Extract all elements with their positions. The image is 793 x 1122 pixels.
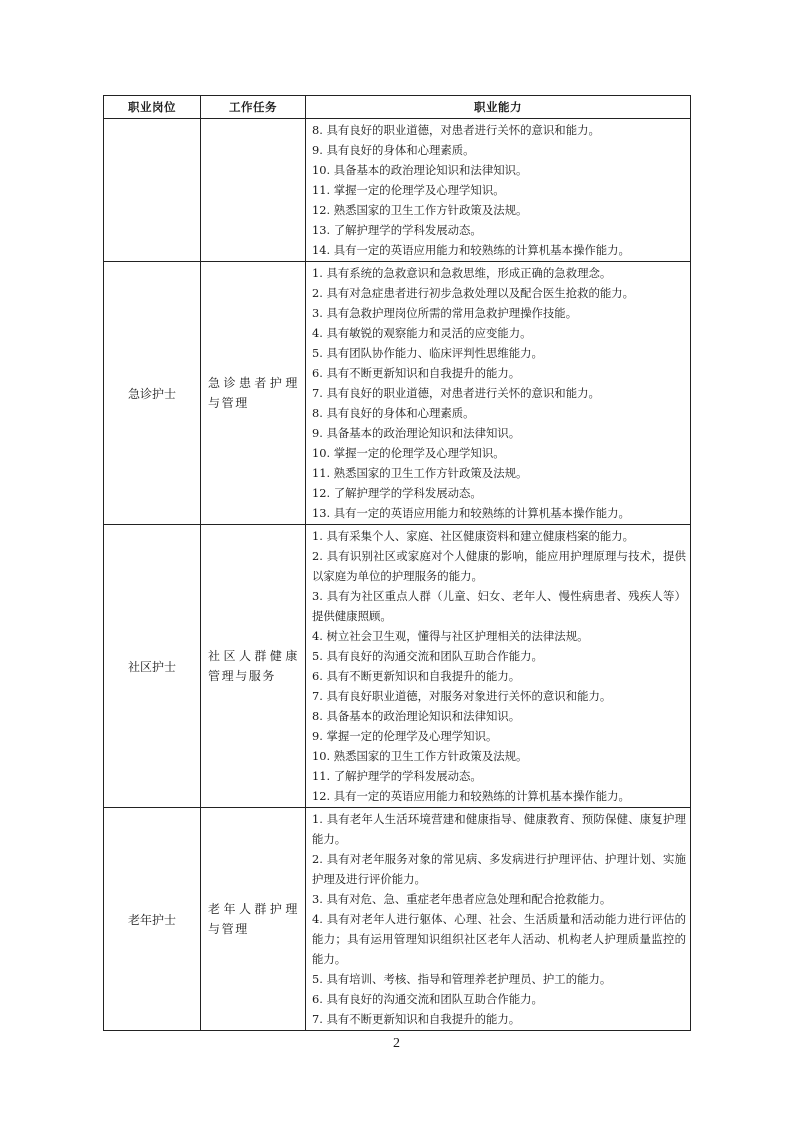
ability-item: 5. 具有团队协作能力、临床评判性思维能力。 [312, 343, 686, 363]
table-row: 老年护士老年人群护理与管理1. 具有老年人生活环境营建和健康指导、健康教育、预防… [104, 808, 691, 1031]
ability-item: 11. 了解护理学的学科发展动态。 [312, 766, 686, 786]
table-row: 8. 具有良好的职业道德，对患者进行关怀的意识和能力。9. 具有良好的身体和心理… [104, 119, 691, 262]
ability-item: 6. 具有良好的沟通交流和团队互助合作能力。 [312, 989, 686, 1009]
ability-item: 7. 具有不断更新知识和自我提升的能力。 [312, 1009, 686, 1029]
ability-item: 3. 具有为社区重点人群（儿童、妇女、老年人、慢性病患者、残疾人等）提供健康照顾… [312, 586, 686, 626]
ability-cell: 1. 具有老年人生活环境营建和健康指导、健康教育、预防保健、康复护理能力。2. … [306, 808, 691, 1031]
ability-item: 12. 了解护理学的学科发展动态。 [312, 483, 686, 503]
ability-item: 12. 熟悉国家的卫生工作方针政策及法规。 [312, 200, 686, 220]
ability-cell: 8. 具有良好的职业道德，对患者进行关怀的意识和能力。9. 具有良好的身体和心理… [306, 119, 691, 262]
ability-item: 13. 具有一定的英语应用能力和较熟练的计算机基本操作能力。 [312, 503, 686, 523]
ability-item: 9. 具有良好的身体和心理素质。 [312, 140, 686, 160]
ability-item: 11. 掌握一定的伦理学及心理学知识。 [312, 180, 686, 200]
ability-item: 6. 具有不断更新知识和自我提升的能力。 [312, 666, 686, 686]
work-task-cell: 社区人群健康管理与服务 [201, 525, 306, 808]
ability-item: 8. 具备基本的政治理论知识和法律知识。 [312, 706, 686, 726]
job-position-cell: 急诊护士 [104, 262, 201, 525]
ability-item: 4. 具有对老年人进行躯体、心理、社会、生活质量和活动能力进行评估的能力；具有运… [312, 909, 686, 969]
ability-item: 8. 具有良好的身体和心理素质。 [312, 403, 686, 423]
ability-item: 5. 具有培训、考核、指导和管理养老护理员、护工的能力。 [312, 969, 686, 989]
job-position-cell: 社区护士 [104, 525, 201, 808]
ability-item: 3. 具有对危、急、重症老年患者应急处理和配合抢救能力。 [312, 889, 686, 909]
ability-item: 11. 熟悉国家的卫生工作方针政策及法规。 [312, 463, 686, 483]
ability-cell: 1. 具有系统的急救意识和急救思维，形成正确的急救理念。2. 具有对急症患者进行… [306, 262, 691, 525]
ability-item: 6. 具有不断更新知识和自我提升的能力。 [312, 363, 686, 383]
header-ability: 职业能力 [306, 96, 691, 119]
job-position-cell: 老年护士 [104, 808, 201, 1031]
ability-item: 7. 具有良好职业道德，对服务对象进行关怀的意识和能力。 [312, 686, 686, 706]
ability-item: 10. 掌握一定的伦理学及心理学知识。 [312, 443, 686, 463]
header-position: 职业岗位 [104, 96, 201, 119]
ability-item: 1. 具有系统的急救意识和急救思维，形成正确的急救理念。 [312, 263, 686, 283]
ability-item: 4. 具有敏锐的观察能力和灵活的应变能力。 [312, 323, 686, 343]
ability-item: 3. 具有急救护理岗位所需的常用急救护理操作技能。 [312, 303, 686, 323]
ability-item: 12. 具有一定的英语应用能力和较熟练的计算机基本操作能力。 [312, 786, 686, 806]
work-task-cell: 老年人群护理与管理 [201, 808, 306, 1031]
ability-item: 9. 具备基本的政治理论知识和法律知识。 [312, 423, 686, 443]
ability-item: 14. 具有一定的英语应用能力和较熟练的计算机基本操作能力。 [312, 240, 686, 260]
ability-item: 2. 具有识别社区或家庭对个人健康的影响，能应用护理原理与技术，提供以家庭为单位… [312, 546, 686, 586]
competency-table: 职业岗位 工作任务 职业能力 8. 具有良好的职业道德，对患者进行关怀的意识和能… [103, 95, 691, 1031]
ability-item: 1. 具有采集个人、家庭、社区健康资料和建立健康档案的能力。 [312, 526, 686, 546]
ability-item: 10. 熟悉国家的卫生工作方针政策及法规。 [312, 746, 686, 766]
ability-item: 9. 掌握一定的伦理学及心理学知识。 [312, 726, 686, 746]
ability-item: 5. 具有良好的沟通交流和团队互助合作能力。 [312, 646, 686, 666]
ability-item: 10. 具备基本的政治理论知识和法律知识。 [312, 160, 686, 180]
table-header-row: 职业岗位 工作任务 职业能力 [104, 96, 691, 119]
ability-cell: 1. 具有采集个人、家庭、社区健康资料和建立健康档案的能力。2. 具有识别社区或… [306, 525, 691, 808]
job-position-cell [104, 119, 201, 262]
work-task-cell [201, 119, 306, 262]
ability-item: 8. 具有良好的职业道德，对患者进行关怀的意识和能力。 [312, 120, 686, 140]
table-row: 急诊护士急诊患者护理与管理1. 具有系统的急救意识和急救思维，形成正确的急救理念… [104, 262, 691, 525]
page-number: 2 [0, 1036, 793, 1052]
work-task-cell: 急诊患者护理与管理 [201, 262, 306, 525]
ability-item: 2. 具有对老年服务对象的常见病、多发病进行护理评估、护理计划、实施护理及进行评… [312, 849, 686, 889]
ability-item: 7. 具有良好的职业道德，对患者进行关怀的意识和能力。 [312, 383, 686, 403]
ability-item: 4. 树立社会卫生观，懂得与社区护理相关的法律法规。 [312, 626, 686, 646]
ability-item: 2. 具有对急症患者进行初步急救处理以及配合医生抢救的能力。 [312, 283, 686, 303]
ability-item: 1. 具有老年人生活环境营建和健康指导、健康教育、预防保健、康复护理能力。 [312, 809, 686, 849]
header-task: 工作任务 [201, 96, 306, 119]
ability-item: 13. 了解护理学的学科发展动态。 [312, 220, 686, 240]
table-row: 社区护士社区人群健康管理与服务1. 具有采集个人、家庭、社区健康资料和建立健康档… [104, 525, 691, 808]
